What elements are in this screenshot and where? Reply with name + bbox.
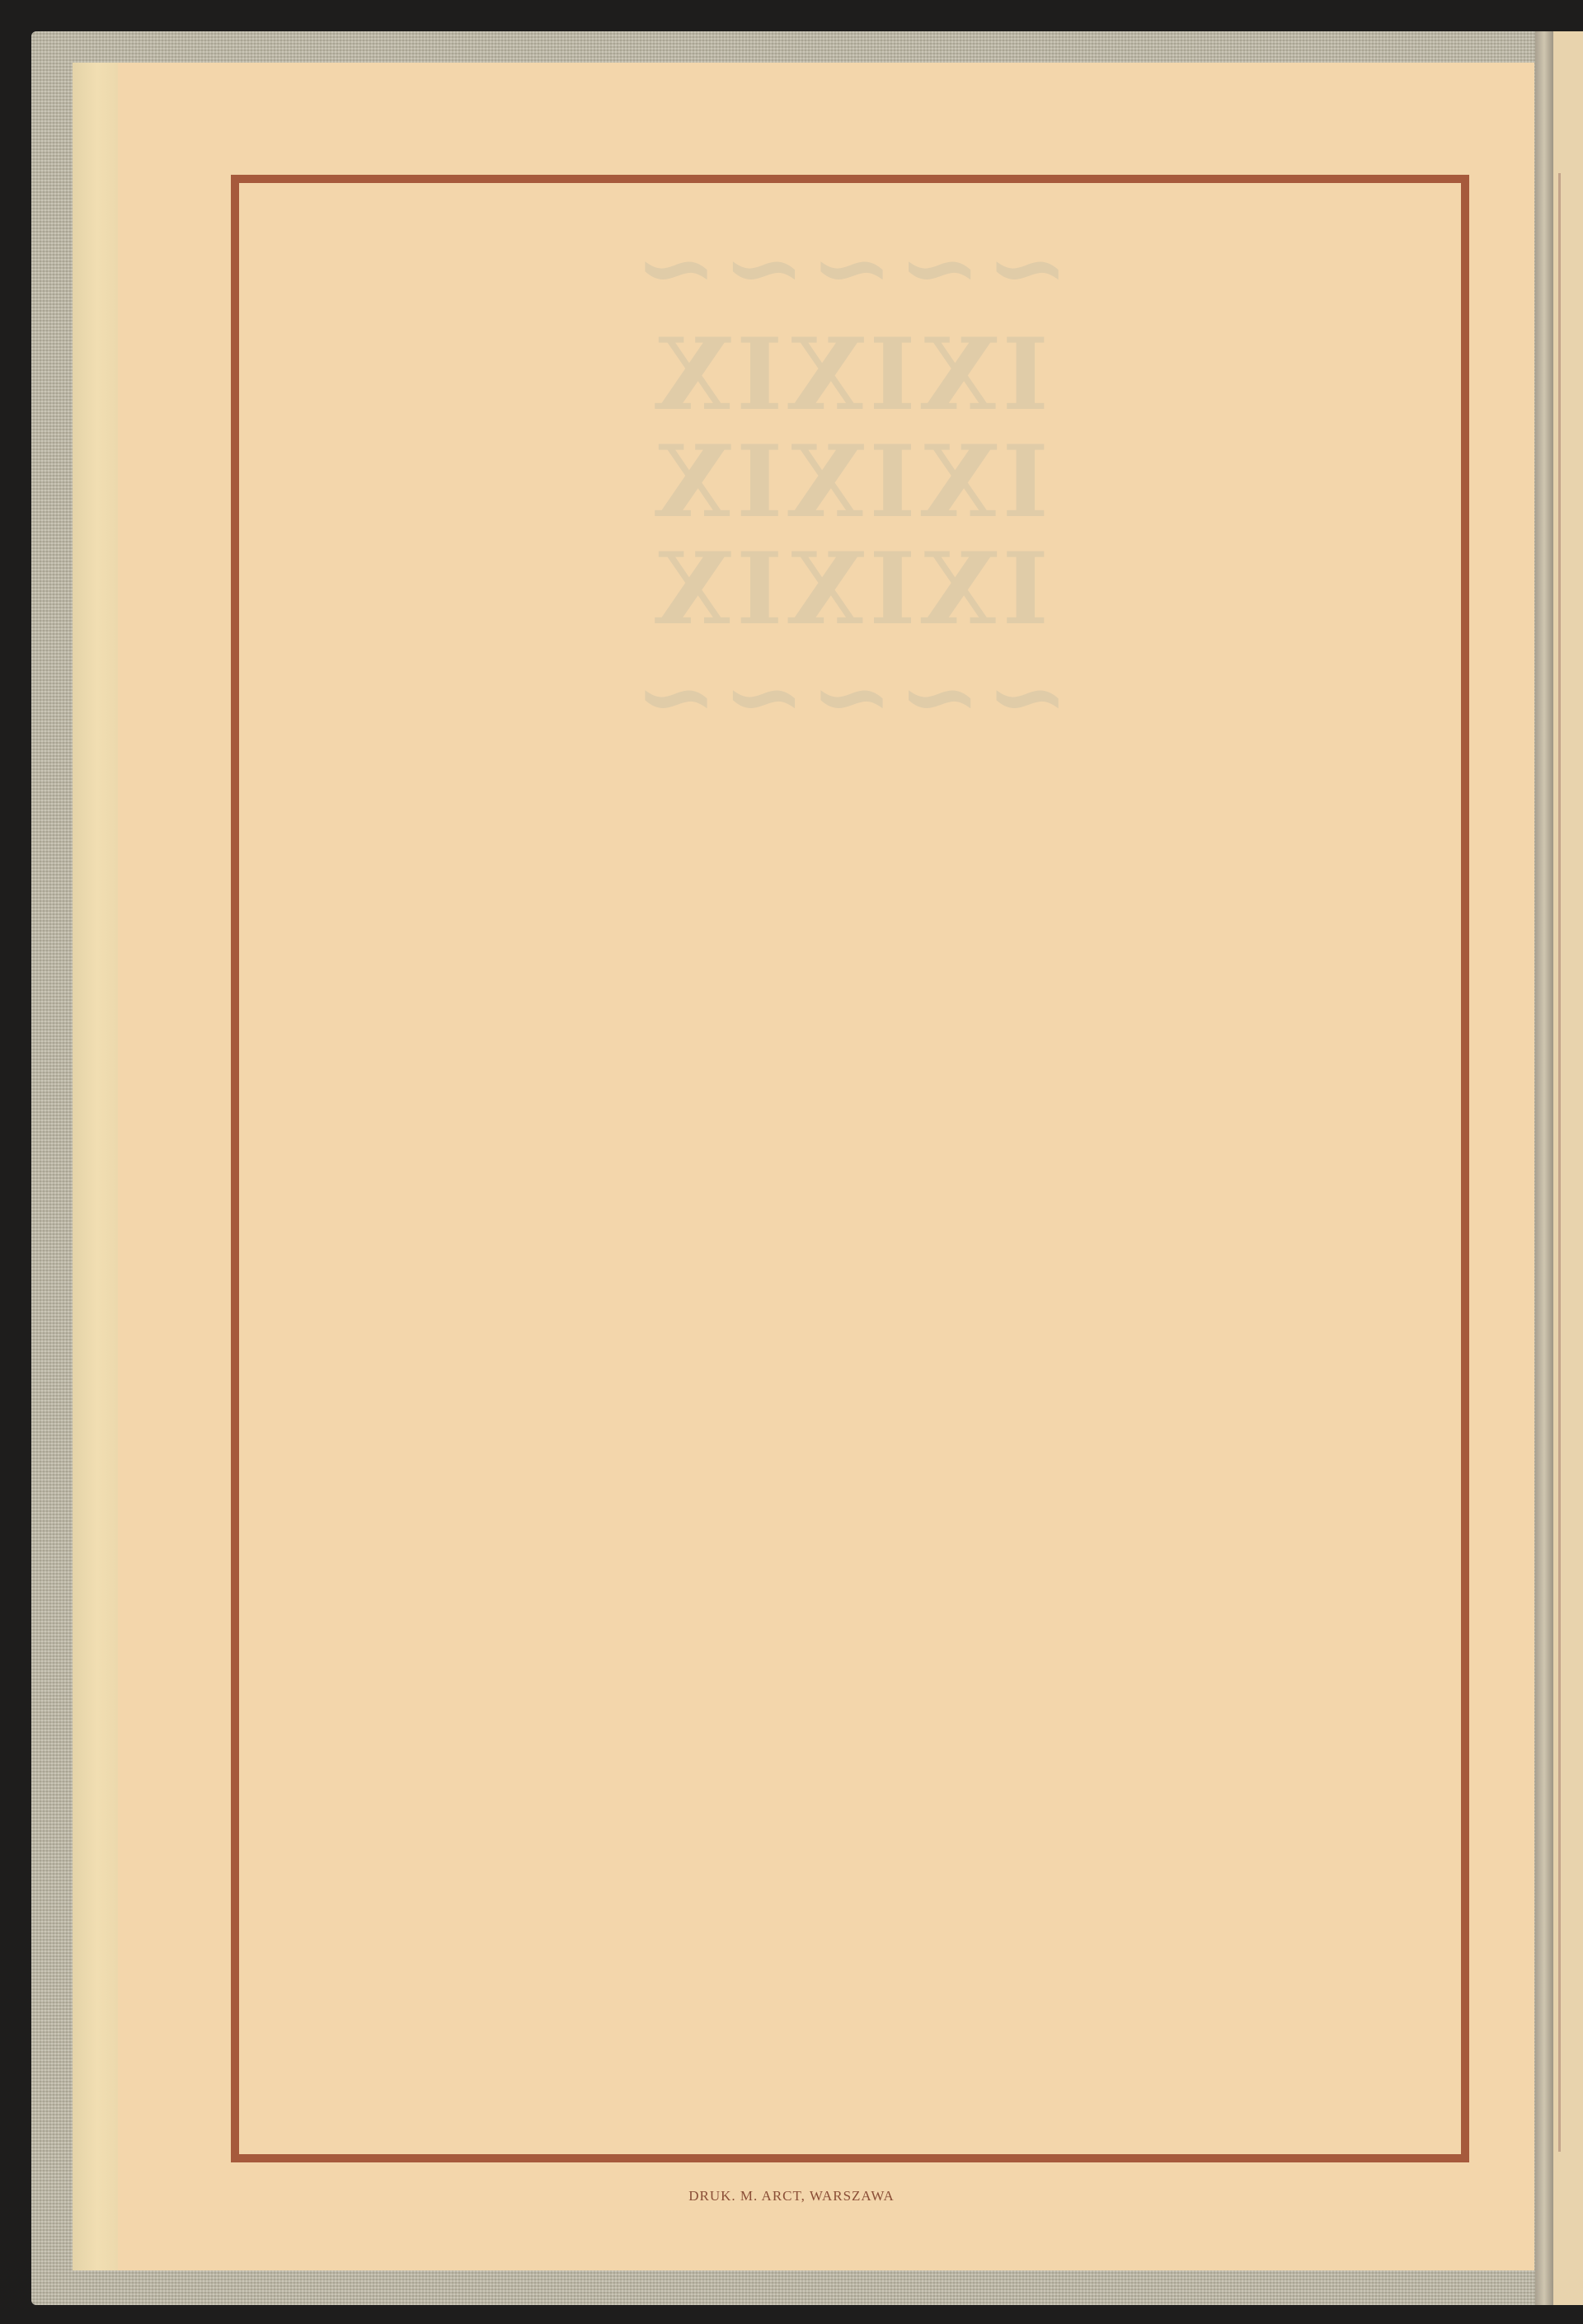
printer-imprint: DRUK. M. ARCT, WARSZAWA xyxy=(0,2188,1583,2204)
show-through-ornament: ~~~~~IXIXIXIXIXIXIXIXIX~~~~~ xyxy=(272,214,1426,956)
book-gutter xyxy=(1535,31,1553,2305)
page-edges xyxy=(73,63,122,2270)
adjacent-page-frame xyxy=(1558,173,1583,2152)
